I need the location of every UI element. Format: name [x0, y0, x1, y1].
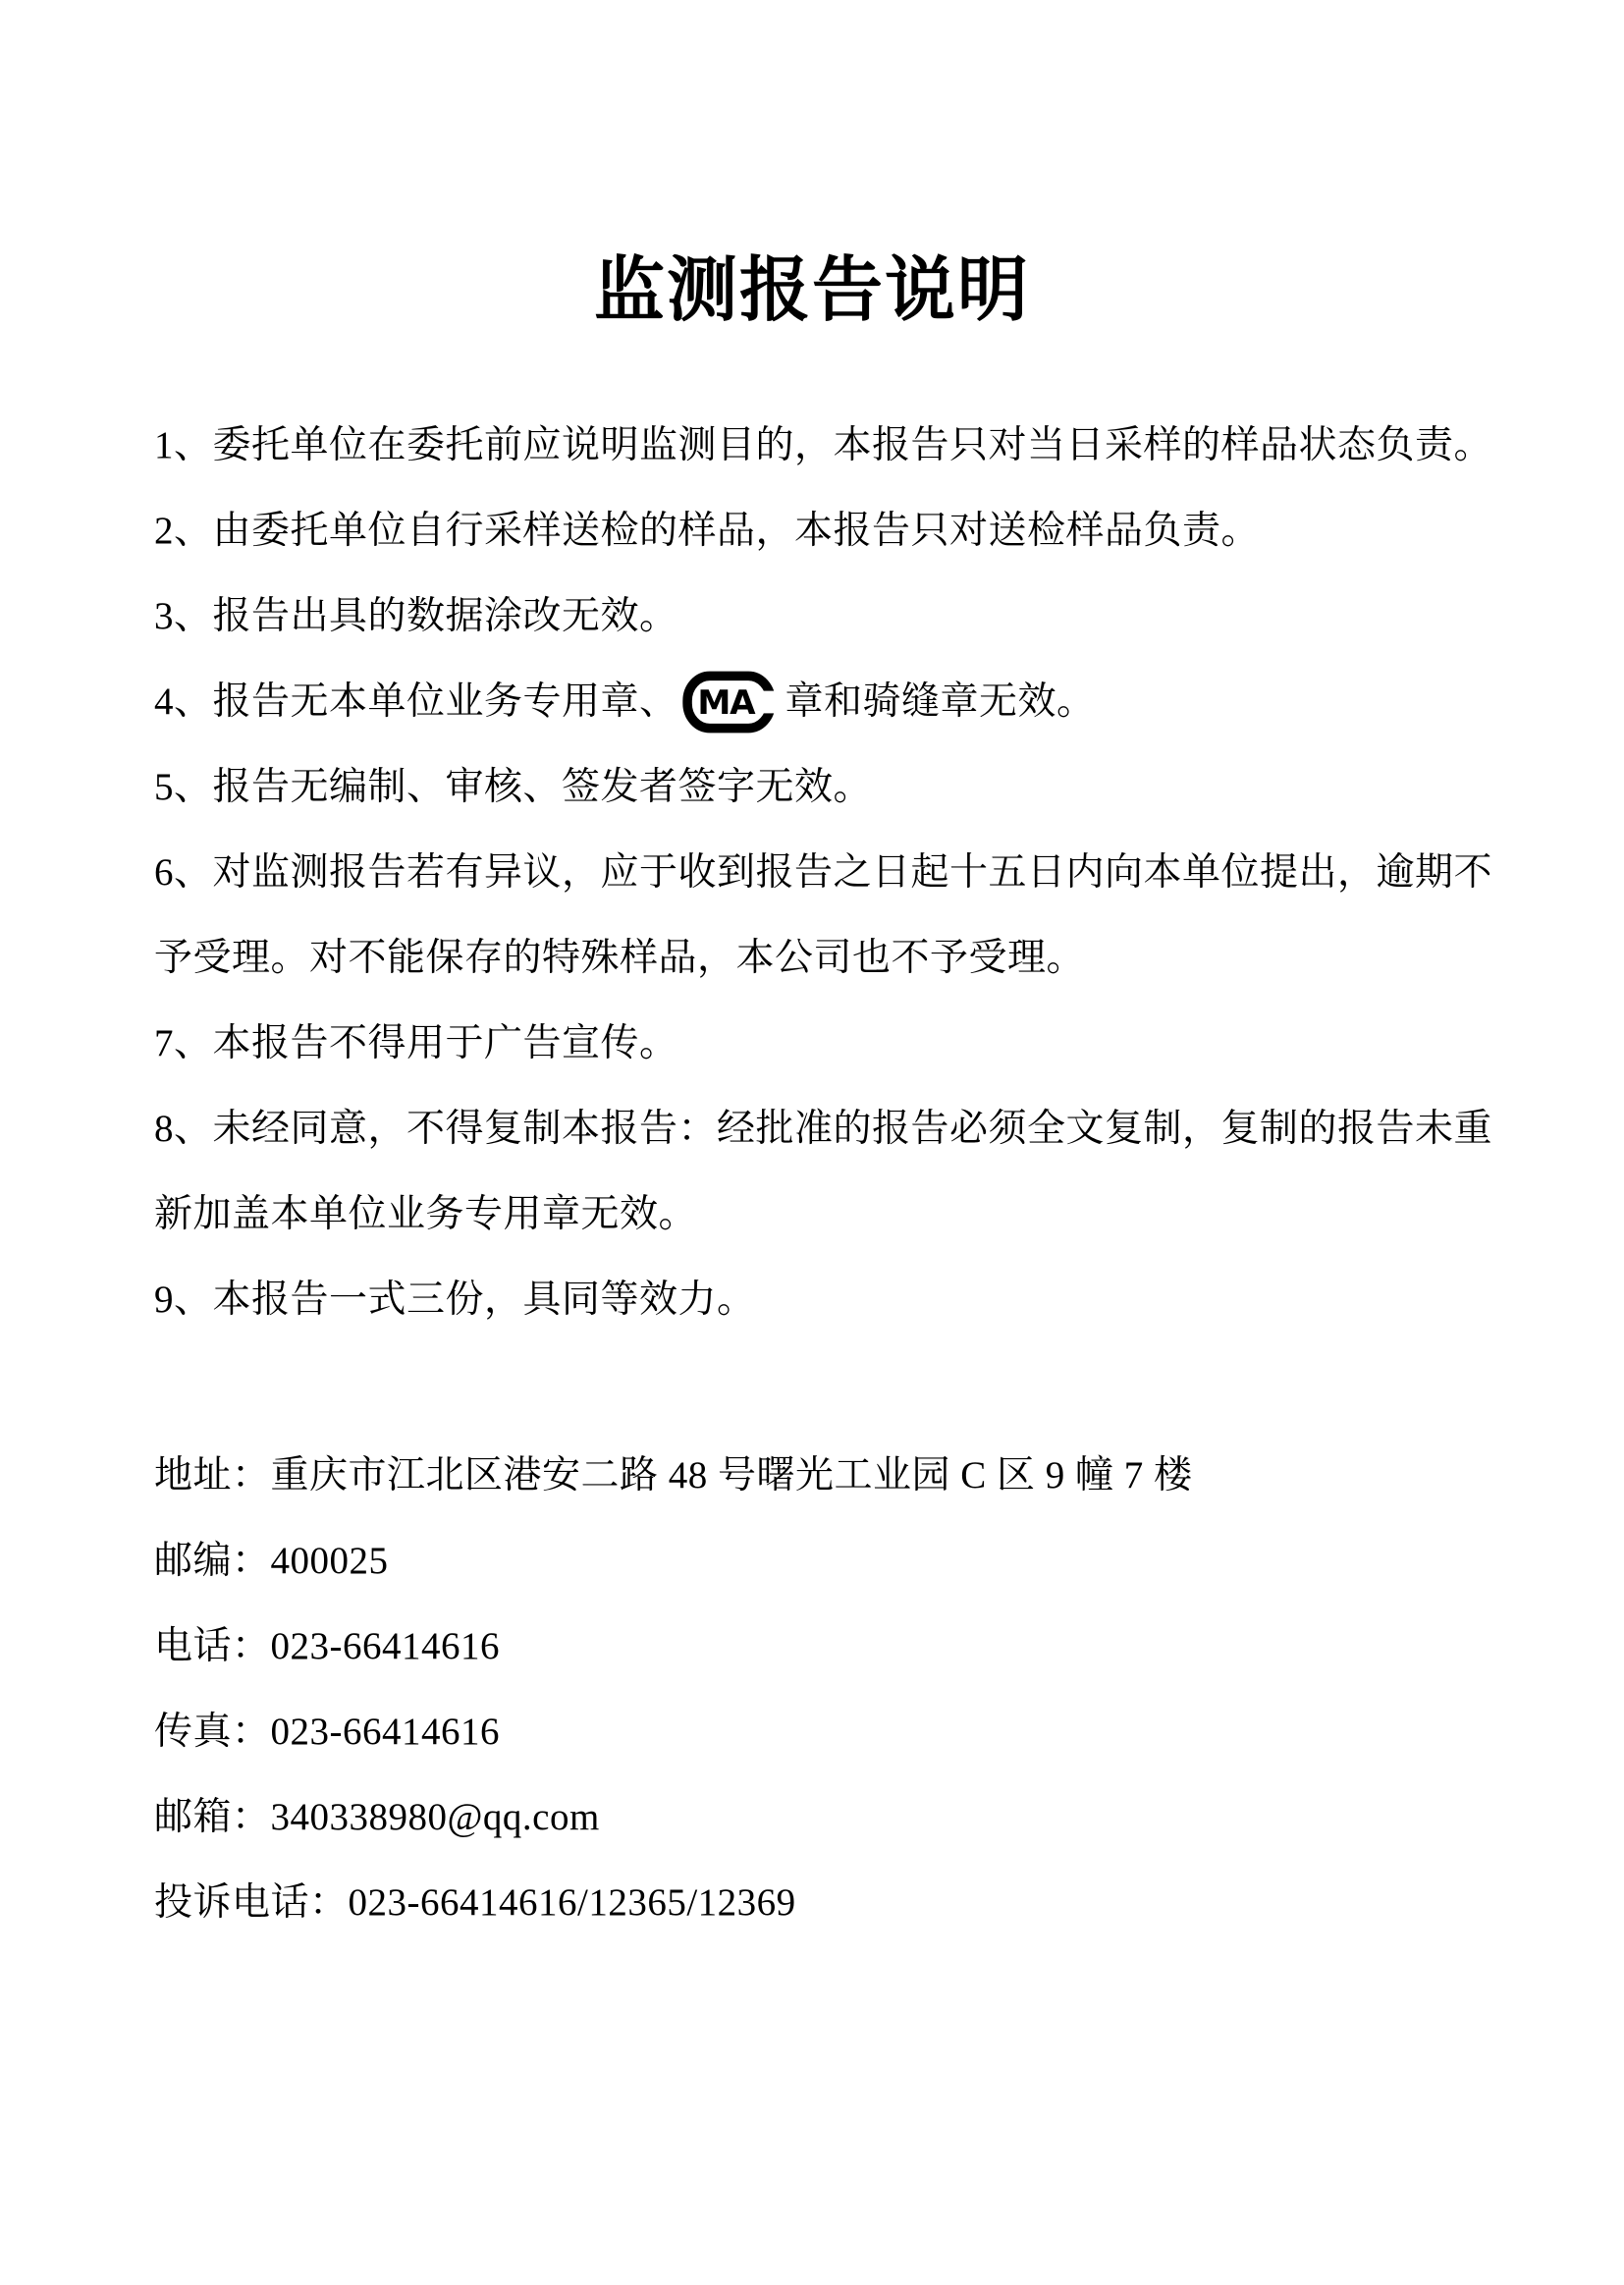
- cma-mark-icon: MA: [682, 671, 776, 734]
- notice-item-1: 1、委托单位在委托前应说明监测目的，本报告只对当日采样的样品状态负责。: [154, 403, 1487, 488]
- contact-phone-value: 023-66414616: [271, 1625, 501, 1667]
- notice-item-6-line-2: 予受理。对不能保存的特殊样品，本公司也不予受理。: [154, 915, 1487, 1001]
- contact-address-label: 地址：: [154, 1454, 271, 1496]
- contact-email-value: 340338980@qq.com: [271, 1796, 600, 1838]
- notice-item-4-suffix: 章和骑缝章无效。: [785, 680, 1096, 723]
- contact-address: 地址：重庆市江北区港安二路 48 号曙光工业园 C 区 9 幢 7 楼: [154, 1433, 1487, 1518]
- notice-item-9: 9、本报告一式三份，具同等效力。: [154, 1257, 1487, 1342]
- page-title: 监测报告说明: [0, 0, 1624, 332]
- contact-complaint-phone: 投诉电话：023-66414616/12365/12369: [154, 1860, 1487, 1945]
- contact-email: 邮箱：340338980@qq.com: [154, 1774, 1487, 1860]
- cma-mark-letters: MA: [697, 683, 756, 723]
- notice-item-8-line-2: 新加盖本单位业务专用章无效。: [154, 1171, 1487, 1257]
- notice-item-2: 2、由委托单位自行采样送检的样品，本报告只对送检样品负责。: [154, 488, 1487, 573]
- contact-complaint-phone-label: 投诉电话：: [154, 1881, 349, 1924]
- contact-phone-label: 电话：: [154, 1625, 271, 1667]
- notice-item-3: 3、报告出具的数据涂改无效。: [154, 573, 1487, 659]
- document-page: 监测报告说明 1、委托单位在委托前应说明监测目的，本报告只对当日采样的样品状态负…: [0, 0, 1624, 2285]
- notice-item-4: 4、报告无本单位业务专用章、MA章和骑缝章无效。: [154, 659, 1487, 744]
- contact-address-value: 重庆市江北区港安二路 48 号曙光工业园 C 区 9 幢 7 楼: [271, 1454, 1193, 1496]
- contact-fax-value: 023-66414616: [271, 1711, 501, 1753]
- notice-item-7: 7、本报告不得用于广告宣传。: [154, 1001, 1487, 1086]
- contact-postcode-value: 400025: [271, 1540, 389, 1582]
- contact-fax-label: 传真：: [154, 1711, 271, 1753]
- contact-postcode: 邮编：400025: [154, 1518, 1487, 1604]
- notice-item-8-line-1: 8、未经同意，不得复制本报告：经批准的报告必须全文复制，复制的报告未重: [154, 1086, 1487, 1171]
- contact-complaint-phone-value: 023-66414616/12365/12369: [349, 1881, 796, 1924]
- notice-item-5: 5、报告无编制、审核、签发者签字无效。: [154, 744, 1487, 830]
- notice-list: 1、委托单位在委托前应说明监测目的，本报告只对当日采样的样品状态负责。 2、由委…: [154, 403, 1487, 1342]
- contact-email-label: 邮箱：: [154, 1796, 271, 1838]
- notice-item-4-prefix: 4、报告无本单位业务专用章、: [154, 680, 678, 723]
- contact-fax: 传真：023-66414616: [154, 1689, 1487, 1774]
- contact-section: 地址：重庆市江北区港安二路 48 号曙光工业园 C 区 9 幢 7 楼 邮编：4…: [154, 1433, 1487, 1945]
- contact-postcode-label: 邮编：: [154, 1540, 271, 1582]
- notice-item-6-line-1: 6、对监测报告若有异议，应于收到报告之日起十五日内向本单位提出，逾期不: [154, 830, 1487, 915]
- contact-phone: 电话：023-66414616: [154, 1604, 1487, 1689]
